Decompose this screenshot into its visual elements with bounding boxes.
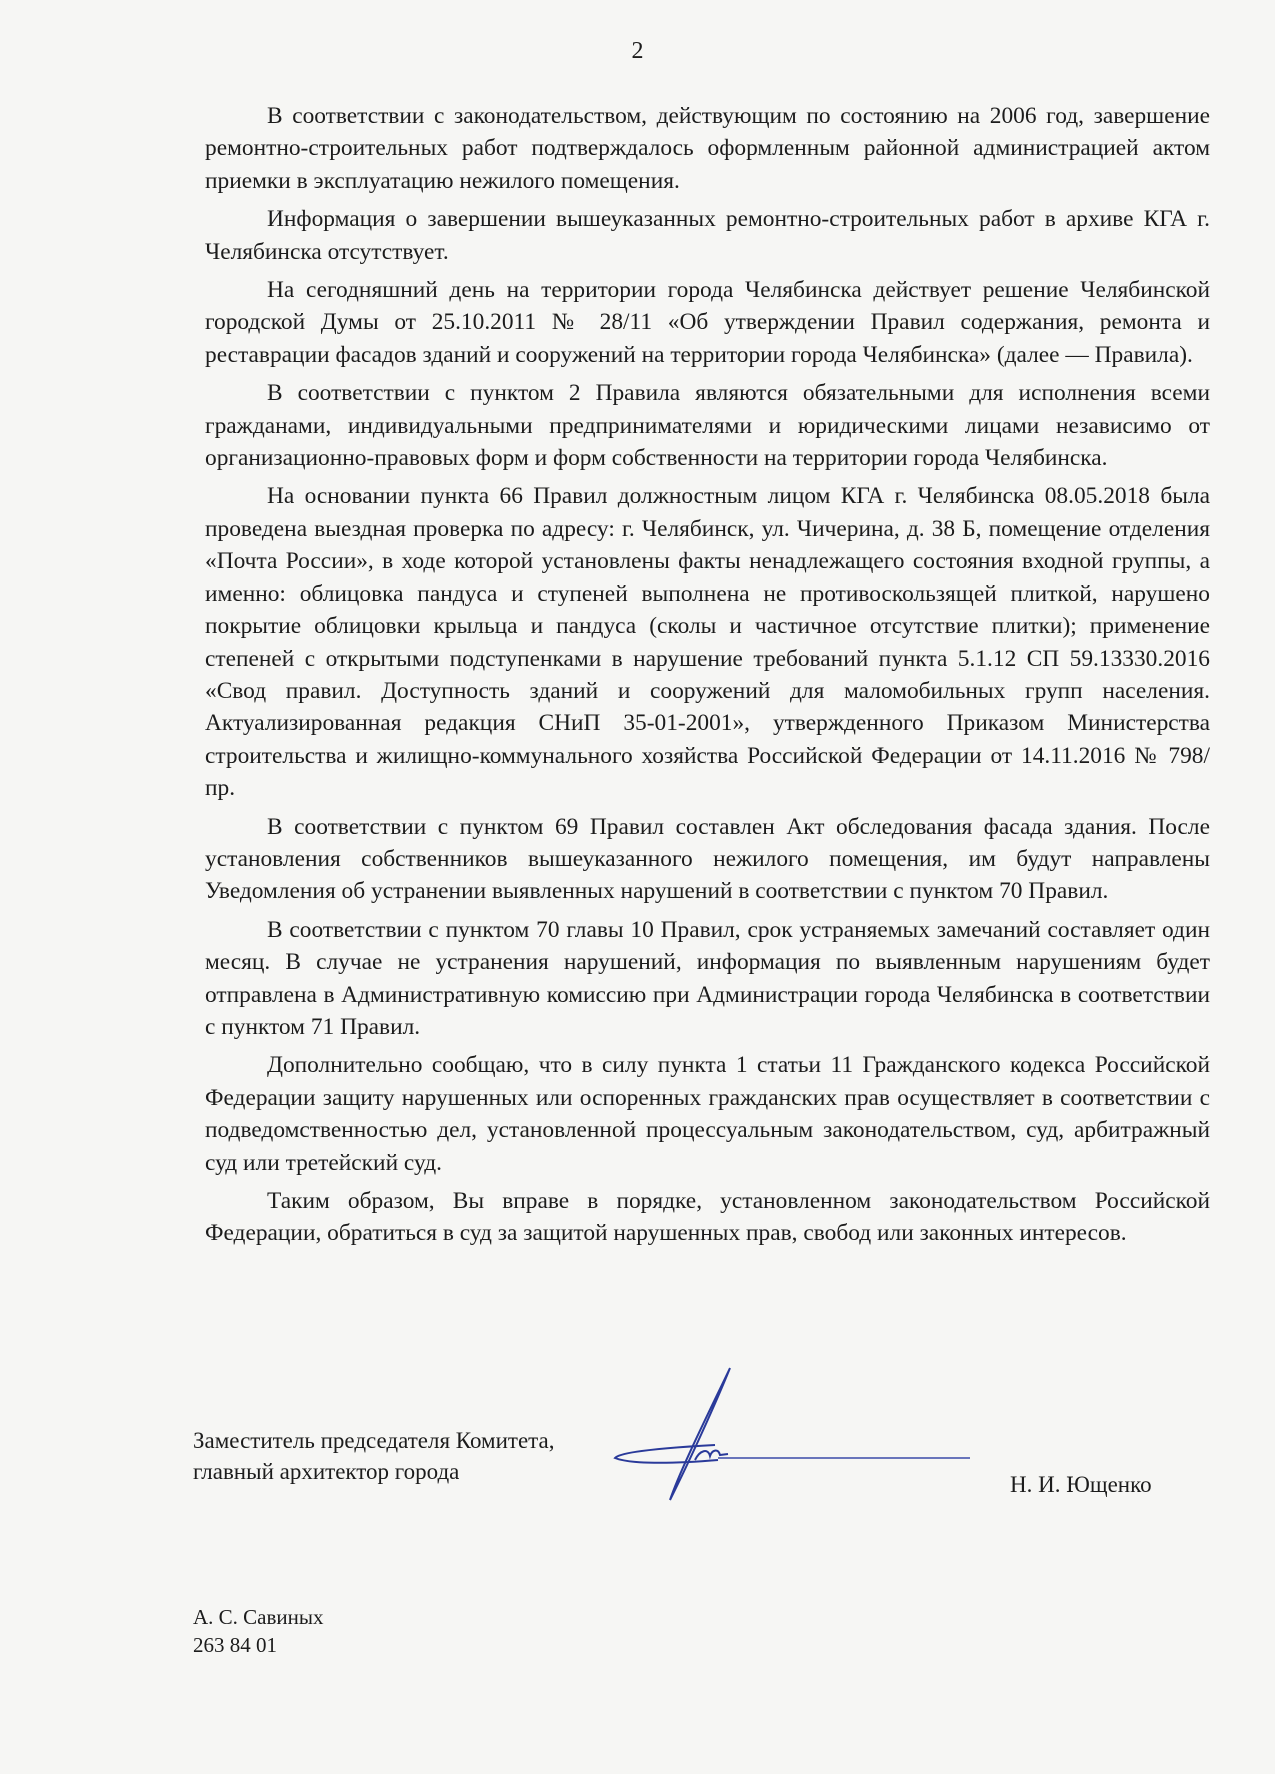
signatory-name: Н. И. Ющенко xyxy=(1010,1472,1152,1498)
executor-phone: 263 84 01 xyxy=(193,1631,324,1659)
paragraph: В соответствии с пунктом 2 Правила являю… xyxy=(205,377,1210,474)
position-line-1: Заместитель председателя Комитета, xyxy=(193,1425,554,1456)
paragraph: В соответствии с пунктом 69 Правил соста… xyxy=(205,811,1210,908)
executor-name: А. С. Савиных xyxy=(193,1603,324,1631)
paragraph: В соответствии с законодательством, дейс… xyxy=(205,100,1210,197)
page-number: 2 xyxy=(0,38,1275,65)
letter-body: В соответствии с законодательством, дейс… xyxy=(205,100,1210,1256)
paragraph: В соответствии с пунктом 70 главы 10 Пра… xyxy=(205,914,1210,1044)
position-line-2: главный архитектор города xyxy=(193,1456,554,1487)
document-page: 2 В соответствии с законодательством, де… xyxy=(0,0,1275,1774)
executor-info: А. С. Савиных 263 84 01 xyxy=(193,1603,324,1659)
paragraph: На сегодняшний день на территории города… xyxy=(205,274,1210,371)
signatory-position: Заместитель председателя Комитета, главн… xyxy=(193,1425,554,1487)
paragraph: Информация о завершении вышеуказанных ре… xyxy=(205,203,1210,268)
paragraph: На основании пункта 66 Правил должностны… xyxy=(205,480,1210,804)
paragraph: Таким образом, Вы вправе в порядке, уста… xyxy=(205,1185,1210,1250)
paragraph: Дополнительно сообщаю, что в силу пункта… xyxy=(205,1049,1210,1179)
handwritten-signature-icon xyxy=(600,1360,980,1510)
